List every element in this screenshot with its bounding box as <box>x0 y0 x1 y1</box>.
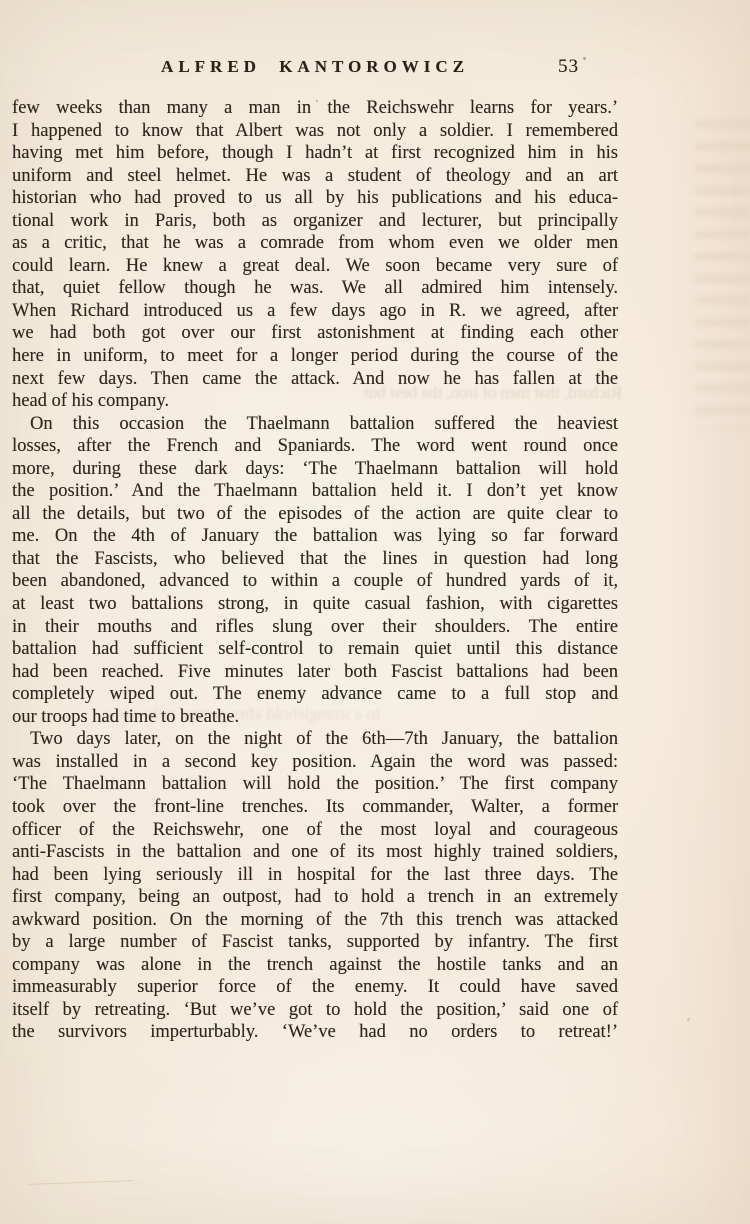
text-line: battalion had sufficient self-control to… <box>12 638 618 661</box>
text-line: had been lying seriously ill in hospital… <box>12 864 618 887</box>
text-line: losses, after the French and Spaniards. … <box>12 435 618 458</box>
text-block: few weeks than many a man in the Reichsw… <box>12 97 618 1044</box>
text-line: we had both got over our first astonishm… <box>12 322 618 345</box>
text-line: that, quiet fellow though he was. We all… <box>12 277 618 300</box>
text-line: in their mouths and rifles slung over th… <box>12 616 618 639</box>
text-line: more, during these dark days: ‘The Thael… <box>12 458 618 481</box>
running-head-title: ALFRED KANTOROWICZ <box>12 54 618 80</box>
text-line: officer of the Reichswehr, one of the mo… <box>12 819 618 842</box>
text-line: having met him before, though I hadn’t a… <box>12 142 618 165</box>
text-line: immeasurably superior force of the enemy… <box>12 976 618 999</box>
text-line: completely wiped out. The enemy advance … <box>12 683 618 706</box>
text-line: by a large number of Fascist tanks, supp… <box>12 931 618 954</box>
text-line: When Richard introduced us a few days ag… <box>12 300 618 323</box>
show-through-text: Richard, that men of iron, the best but <box>300 383 622 403</box>
text-line: itself by retreating. ‘But we’ve got to … <box>12 999 618 1022</box>
text-line: took over the front-line trenches. Its c… <box>12 796 618 819</box>
text-line: tional work in Paris, both as organizer … <box>12 210 618 233</box>
page-number: 53 <box>558 54 579 80</box>
book-page: ALFRED KANTOROWICZ 53 few weeks than man… <box>0 0 750 1224</box>
show-through-text: to a stranglehold after getting only a f… <box>8 704 380 724</box>
text-line: as a critic, that he was a comrade from … <box>12 232 618 255</box>
text-line: here in uniform, to meet for a longer pe… <box>12 345 618 368</box>
scan-scratch <box>28 1180 133 1185</box>
text-line: had been reached. Five minutes later bot… <box>12 661 618 684</box>
running-head-row: ALFRED KANTOROWICZ 53 <box>12 54 618 80</box>
text-line: could learn. He knew a great deal. We so… <box>12 255 618 278</box>
text-line: few weeks than many a man in the Reichsw… <box>12 97 618 120</box>
text-line: that the Fascists, who believed that the… <box>12 548 618 571</box>
right-margin-show-through <box>694 120 750 430</box>
text-line: all the details, but two of the episodes… <box>12 503 618 526</box>
text-line: I happened to know that Albert was not o… <box>12 120 618 143</box>
text-line: On this occasion the Thaelmann battalion… <box>12 413 618 436</box>
text-line: awkward position. On the morning of the … <box>12 909 618 932</box>
scan-speck <box>583 57 586 60</box>
text-line: been abandoned, advanced to within a cou… <box>12 570 618 593</box>
text-line: company was alone in the trench against … <box>12 954 618 977</box>
text-line: was installed in a second key position. … <box>12 751 618 774</box>
text-line: the position.’ And the Thaelmann battali… <box>12 480 618 503</box>
text-line: historian who had proved to us all by hi… <box>12 187 618 210</box>
text-line: me. On the 4th of January the battalion … <box>12 525 618 548</box>
scan-speck <box>687 1018 690 1021</box>
text-line: uniform and steel helmet. He was a stude… <box>12 165 618 188</box>
text-line: anti-Fascists in the battalion and one o… <box>12 841 618 864</box>
text-line: ‘The Thaelmann battalion will hold the p… <box>12 773 618 796</box>
text-line: Two days later, on the night of the 6th—… <box>12 728 618 751</box>
text-line: the survivors imperturbably. ‘We’ve had … <box>12 1021 618 1044</box>
text-line: at least two battalions strong, in quite… <box>12 593 618 616</box>
text-line: first company, being an outpost, had to … <box>12 886 618 909</box>
scan-speck <box>316 100 318 102</box>
